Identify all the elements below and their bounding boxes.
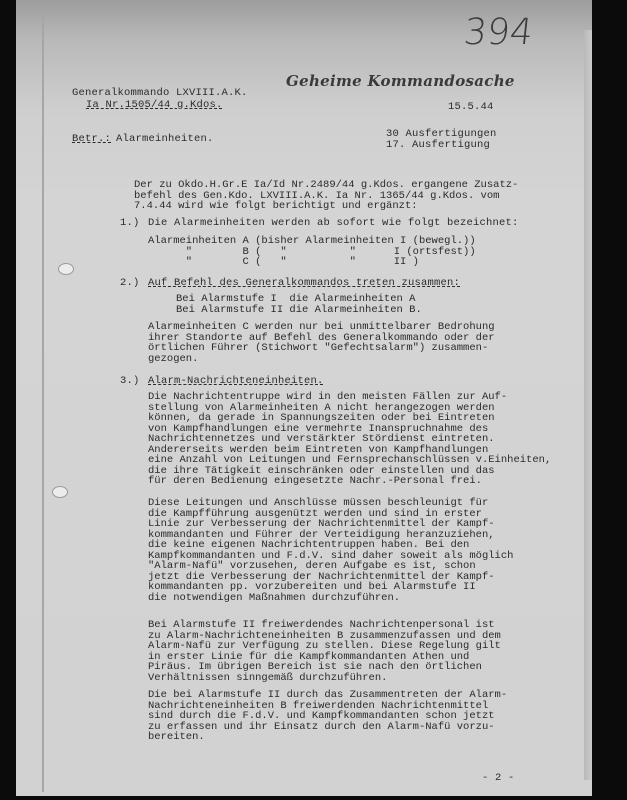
body-line: Verhältnissen sinngemäß durchzuführen. — [148, 673, 501, 684]
body-line: Diese Leitungen und Anschlüsse müssen be… — [148, 498, 513, 509]
handwritten-page-number: 394 — [462, 12, 535, 53]
designation-row: " C ( " " II ) — [148, 257, 476, 268]
section-3-para-2: Diese Leitungen und Anschlüsse müssen be… — [148, 498, 513, 603]
body-line: für deren Bedienung eingesetzte Nachr.-P… — [148, 476, 551, 487]
alarm-level-list: Bei Alarmstufe I die Alarmeinheiten A Be… — [176, 294, 422, 315]
body-line: Alarmeinheiten C werden nur bei unmittel… — [148, 322, 495, 333]
body-line: die keine eigenen Nachrichtentruppen hab… — [148, 540, 513, 551]
page-fold-left — [42, 12, 44, 792]
body-line: Alarm-Nafü zur Verfügung zu stellen. Die… — [148, 641, 501, 652]
alarm-level-item: Bei Alarmstufe I die Alarmeinheiten A — [176, 294, 422, 305]
section-2-body: Alarmeinheiten C werden nur bei unmittel… — [148, 322, 495, 364]
section-1-heading: Die Alarmeinheiten werden ab sofort wie … — [148, 218, 519, 228]
section-1-number: 1.) — [120, 218, 140, 228]
designation-row: Alarmeinheiten A (bisher Alarmeinheiten … — [148, 236, 476, 247]
body-line: eine Anzahl von Leitungen und Fernsprech… — [148, 455, 551, 466]
sender-line-1: Generalkommando LXVIII.A.K. — [72, 88, 248, 98]
body-line: bereiten. — [148, 732, 507, 743]
designation-table: Alarmeinheiten A (bisher Alarmeinheiten … — [148, 236, 476, 268]
sender-line-2: Ia Nr.1505/44 g.Kdos. — [86, 100, 223, 110]
body-line: Nachrichtennetzes und verstärkter Stördi… — [148, 434, 551, 445]
copy-number: 17. Ausfertigung — [386, 140, 490, 150]
body-line: Piräus. Im übrigen Bereich ist sie nach … — [148, 662, 501, 673]
page-indicator: - 2 - — [482, 773, 515, 783]
scan-border-right — [592, 0, 627, 800]
section-3-para-1: Die Nachrichtentruppe wird in den meiste… — [148, 392, 551, 487]
subject-label: Betr.: — [72, 134, 111, 144]
section-2-number: 2.) — [120, 278, 140, 288]
section-3-heading: Alarm-Nachrichteneinheiten. — [148, 376, 324, 386]
body-line: kommandanten pp. vorzubereiten und bei A… — [148, 582, 513, 593]
body-line: "Alarm-Nafü" vorzusehen, deren Aufgabe e… — [148, 561, 513, 572]
body-line: Bei Alarmstufe II freiwerdendes Nachrich… — [148, 620, 501, 631]
body-line: sind durch die F.d.V. und Kampfkommandan… — [148, 711, 507, 722]
body-line: die notwendigen Maßnahmen durchzuführen. — [148, 593, 513, 604]
section-2-heading: Auf Befehl des Generalkommandos treten z… — [148, 278, 460, 288]
section-3-para-4: Die bei Alarmstufe II durch das Zusammen… — [148, 690, 507, 743]
body-line: Die Nachrichtentruppe wird in den meiste… — [148, 392, 551, 403]
subject-text: Alarmeinheiten. — [116, 134, 214, 144]
body-line: Linie zur Verbesserung der Nachrichtenmi… — [148, 519, 513, 530]
body-line: Die bei Alarmstufe II durch das Zusammen… — [148, 690, 507, 701]
body-line: örtlichen Führer (Stichwort "Gefechtsala… — [148, 343, 495, 354]
body-line: gezogen. — [148, 354, 495, 365]
intro-line: Der zu Okdo.H.Gr.E Ia/Id Nr.2489/44 g.Kd… — [134, 180, 518, 191]
punch-hole-bottom — [52, 486, 68, 498]
classification-stamp: Geheime Kommandosache — [286, 72, 515, 90]
alarm-level-item: Bei Alarmstufe II die Alarmeinheiten B. — [176, 305, 422, 316]
intro-paragraph: Der zu Okdo.H.Gr.E Ia/Id Nr.2489/44 g.Kd… — [134, 180, 518, 212]
section-3-para-3: Bei Alarmstufe II freiwerdendes Nachrich… — [148, 620, 501, 683]
document-page: 394 Geheime Kommandosache Generalkommand… — [16, 0, 608, 796]
copies-count: 30 Ausfertigungen — [386, 129, 497, 139]
punch-hole-top — [58, 263, 74, 275]
intro-line: 7.4.44 wird wie folgt berichtigt und erg… — [134, 201, 518, 212]
body-line: können, da gerade in Spannungszeiten ode… — [148, 413, 551, 424]
section-3-number: 3.) — [120, 376, 140, 386]
document-date: 15.5.44 — [448, 102, 494, 112]
